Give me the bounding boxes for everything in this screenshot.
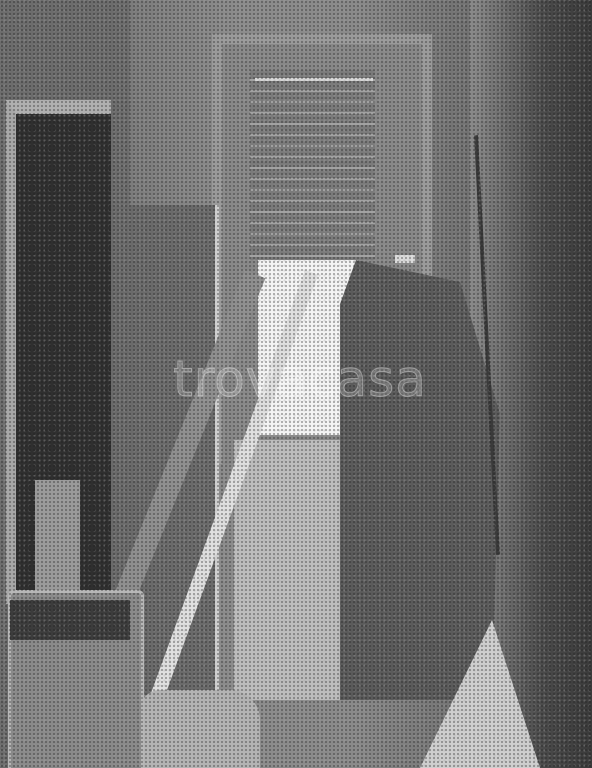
watermark: trovacasa [150,350,450,408]
room-photo: trovacasa [0,0,592,768]
